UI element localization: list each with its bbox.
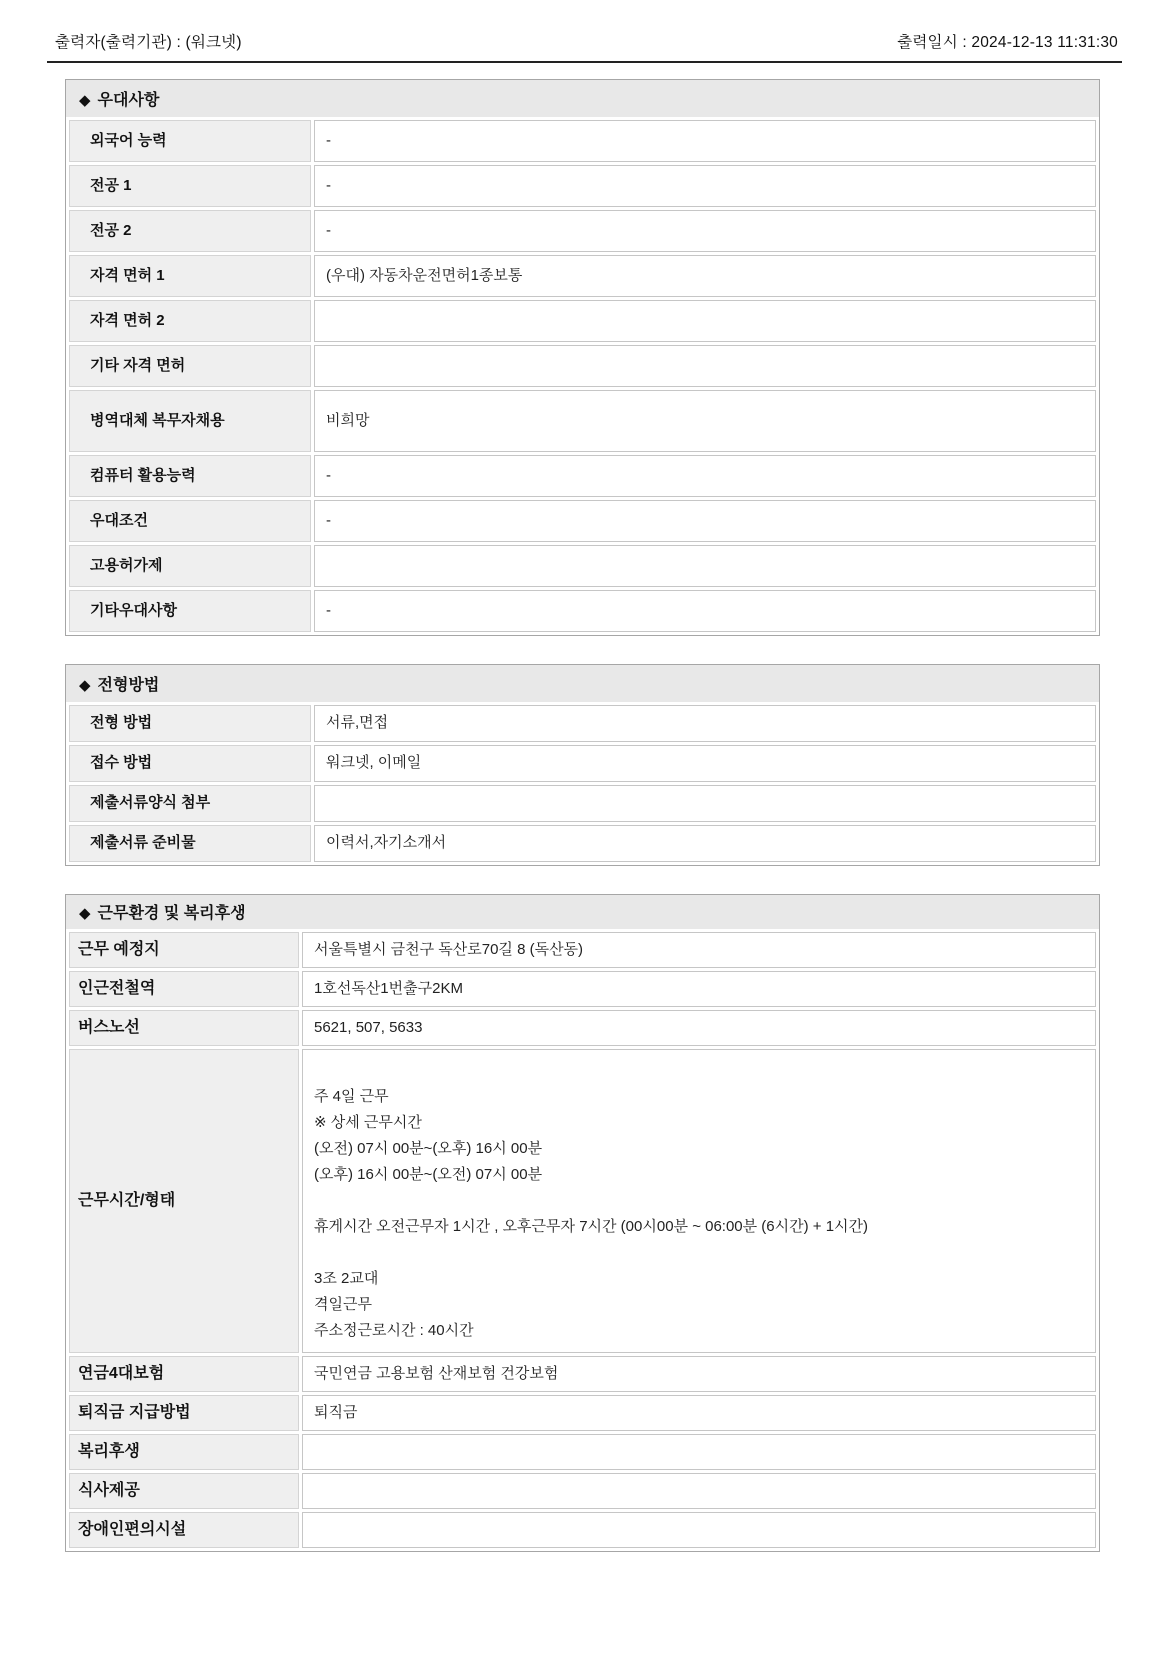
row-label: 전공 2 (69, 210, 311, 252)
section-title: 근무환경 및 복리후생 (98, 905, 246, 922)
row-label: 자격 면허 2 (69, 300, 311, 342)
table-row: 식사제공 (69, 1473, 1096, 1509)
work-environment-table: 근무 예정지 서울특별시 금천구 독산로70길 8 (독산동) 인근전철역 1호… (66, 929, 1099, 1551)
row-label: 복리후생 (69, 1434, 299, 1470)
table-row: 연금4대보험 국민연금 고용보험 산재보험 건강보험 (69, 1356, 1096, 1392)
table-row: 접수 방법 워크넷, 이메일 (69, 745, 1096, 782)
print-source: 출력자(출력기관) : (워크넷) (55, 30, 242, 52)
table-row: 버스노선 5621, 507, 5633 (69, 1010, 1096, 1046)
section-title: 우대사항 (98, 92, 160, 109)
row-value: 비희망 (314, 390, 1096, 452)
row-label: 외국어 능력 (69, 120, 311, 162)
document-page: 출력자(출력기관) : (워크넷) 출력일시 : 2024-12-13 11:3… (0, 0, 1170, 1656)
table-row: 전공 1 - (69, 165, 1096, 207)
print-datetime: 출력일시 : 2024-12-13 11:31:30 (897, 30, 1118, 52)
section-work-environment: ◆근무환경 및 복리후생 근무 예정지 서울특별시 금천구 독산로70길 8 (… (65, 894, 1100, 1552)
table-row: 전공 2 - (69, 210, 1096, 252)
print-header: 출력자(출력기관) : (워크넷) 출력일시 : 2024-12-13 11:3… (55, 0, 1118, 52)
table-row: 자격 면허 2 (69, 300, 1096, 342)
row-value (314, 345, 1096, 387)
row-label: 제출서류 준비물 (69, 825, 311, 862)
table-row: 근무시간/형태 주 4일 근무 ※ 상세 근무시간 (오전) 07시 00분~(… (69, 1049, 1096, 1353)
row-value: - (314, 590, 1096, 632)
row-value: 5621, 507, 5633 (302, 1010, 1096, 1046)
row-label: 근무 예정지 (69, 932, 299, 968)
row-value (302, 1473, 1096, 1509)
row-value: 서류,면접 (314, 705, 1096, 742)
section-title-bar: ◆우대사항 (66, 80, 1099, 117)
row-value: 워크넷, 이메일 (314, 745, 1096, 782)
row-label: 연금4대보험 (69, 1356, 299, 1392)
row-label: 자격 면허 1 (69, 255, 311, 297)
row-label: 기타 자격 면허 (69, 345, 311, 387)
row-label: 전형 방법 (69, 705, 311, 742)
row-value: 주 4일 근무 ※ 상세 근무시간 (오전) 07시 00분~(오후) 16시 … (302, 1049, 1096, 1353)
row-label: 고용허가제 (69, 545, 311, 587)
section-selection-method: ◆전형방법 전형 방법 서류,면접 접수 방법 워크넷, 이메일 제출서류양식 … (65, 664, 1100, 866)
row-value (314, 545, 1096, 587)
row-label: 제출서류양식 첨부 (69, 785, 311, 822)
table-row: 근무 예정지 서울특별시 금천구 독산로70길 8 (독산동) (69, 932, 1096, 968)
row-label: 식사제공 (69, 1473, 299, 1509)
row-value: - (314, 120, 1096, 162)
row-label: 병역대체 복무자채용 (69, 390, 311, 452)
table-row: 기타우대사항 - (69, 590, 1096, 632)
row-value (302, 1434, 1096, 1470)
table-row: 인근전철역 1호선독산1번출구2KM (69, 971, 1096, 1007)
row-label: 버스노선 (69, 1010, 299, 1046)
table-row: 병역대체 복무자채용 비희망 (69, 390, 1096, 452)
table-row: 우대조건 - (69, 500, 1096, 542)
table-row: 퇴직금 지급방법 퇴직금 (69, 1395, 1096, 1431)
table-row: 장애인편의시설 (69, 1512, 1096, 1548)
section-title-bar: ◆전형방법 (66, 665, 1099, 702)
table-row: 기타 자격 면허 (69, 345, 1096, 387)
table-row: 전형 방법 서류,면접 (69, 705, 1096, 742)
section-title-bar: ◆근무환경 및 복리후생 (66, 895, 1099, 929)
diamond-icon: ◆ (79, 905, 91, 922)
table-row: 자격 면허 1 (우대) 자동차운전면허1종보통 (69, 255, 1096, 297)
row-label: 우대조건 (69, 500, 311, 542)
table-row: 외국어 능력 - (69, 120, 1096, 162)
table-row: 복리후생 (69, 1434, 1096, 1470)
row-label: 인근전철역 (69, 971, 299, 1007)
row-label: 근무시간/형태 (69, 1049, 299, 1353)
row-value: 서울특별시 금천구 독산로70길 8 (독산동) (302, 932, 1096, 968)
row-label: 컴퓨터 활용능력 (69, 455, 311, 497)
row-label: 장애인편의시설 (69, 1512, 299, 1548)
row-label: 퇴직금 지급방법 (69, 1395, 299, 1431)
row-value (314, 785, 1096, 822)
selection-method-table: 전형 방법 서류,면접 접수 방법 워크넷, 이메일 제출서류양식 첨부 제출서… (66, 702, 1099, 865)
diamond-icon: ◆ (79, 92, 91, 109)
row-value: - (314, 500, 1096, 542)
table-row: 컴퓨터 활용능력 - (69, 455, 1096, 497)
row-label: 기타우대사항 (69, 590, 311, 632)
table-row: 제출서류양식 첨부 (69, 785, 1096, 822)
row-value (302, 1512, 1096, 1548)
row-label: 접수 방법 (69, 745, 311, 782)
preferences-table: 외국어 능력 - 전공 1 - 전공 2 - 자격 면허 1 (우대) 자동차운… (66, 117, 1099, 635)
row-value (314, 300, 1096, 342)
diamond-icon: ◆ (79, 677, 91, 694)
row-value: 1호선독산1번출구2KM (302, 971, 1096, 1007)
row-value: - (314, 210, 1096, 252)
row-value: 이력서,자기소개서 (314, 825, 1096, 862)
row-value: 퇴직금 (302, 1395, 1096, 1431)
row-label: 전공 1 (69, 165, 311, 207)
table-row: 제출서류 준비물 이력서,자기소개서 (69, 825, 1096, 862)
table-row: 고용허가제 (69, 545, 1096, 587)
header-divider (47, 61, 1122, 63)
row-value: - (314, 455, 1096, 497)
row-value: (우대) 자동차운전면허1종보통 (314, 255, 1096, 297)
section-title: 전형방법 (98, 677, 160, 694)
row-value: 국민연금 고용보험 산재보험 건강보험 (302, 1356, 1096, 1392)
section-preferences: ◆우대사항 외국어 능력 - 전공 1 - 전공 2 - 자격 면허 1 (우대… (65, 79, 1100, 636)
row-value: - (314, 165, 1096, 207)
